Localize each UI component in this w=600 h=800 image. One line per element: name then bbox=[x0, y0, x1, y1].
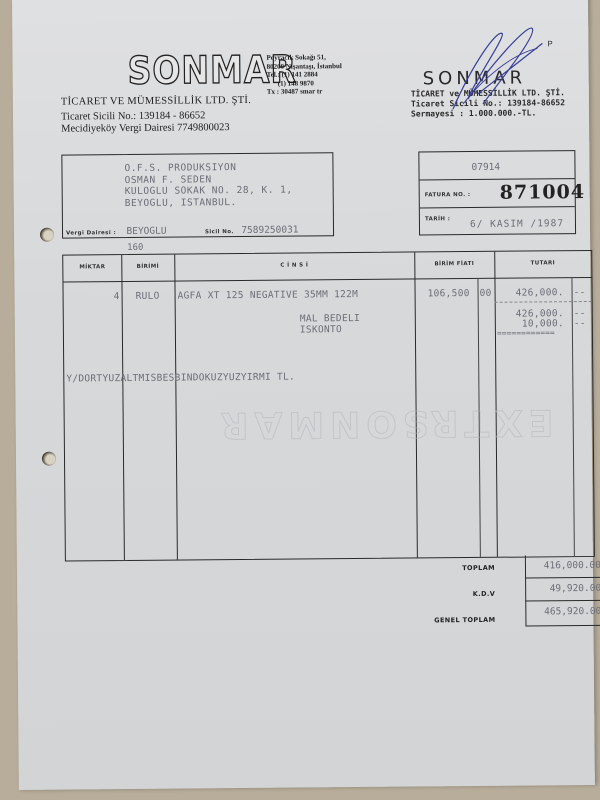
invoice-ref: 07914 bbox=[471, 162, 500, 173]
company-name: TİCARET VE MÜMESSİLLİK LTD. ŞTİ. bbox=[61, 95, 251, 108]
invoice-number-label: FATURA NO. : bbox=[425, 192, 471, 198]
date-label: TARİH : bbox=[425, 216, 450, 222]
vat-value: 49,920.00 bbox=[550, 583, 600, 594]
col-unit: BİRİMİ bbox=[121, 264, 174, 270]
vat-label: K.D.V bbox=[375, 590, 495, 599]
row-unit-price: 106,500 bbox=[428, 288, 470, 299]
customer-note: 160 bbox=[127, 243, 143, 253]
tax-office-value: BEYOGLU bbox=[126, 226, 166, 237]
registry-value: 7589250031 bbox=[241, 225, 298, 236]
company-address: Poyracık Sokağı 51, 80200 Nişantaşı, İst… bbox=[266, 53, 342, 96]
double-rule: ============ bbox=[497, 328, 555, 338]
amount-in-words: Y/DORTYUZALTMISBESBINDOKUZYUZYIRMI TL. bbox=[66, 372, 295, 385]
row-qty: 4 bbox=[114, 291, 120, 302]
tax-office-label: Vergi Dairesi : bbox=[66, 230, 116, 236]
invoice-number: 871004 bbox=[500, 181, 586, 204]
watermark: EXTR bbox=[425, 401, 554, 443]
mark: P bbox=[547, 39, 552, 48]
row-amount: 426,000. bbox=[516, 287, 564, 298]
watermark: SONMAR bbox=[215, 402, 429, 445]
col-unit-price: BİRİM FİATI bbox=[414, 261, 494, 268]
punch-hole bbox=[40, 228, 54, 242]
invoice-box: 07914 FATURA NO. : 871004 TARİH : 6/ KAS… bbox=[418, 150, 576, 235]
invoice-date: 6/ KASIM /1987 bbox=[470, 218, 564, 230]
col-description: C İ N S İ bbox=[174, 261, 414, 269]
customer-box: O.F.S. PRODUKSIYON OSMAN F. SEDEN KULOGL… bbox=[61, 152, 334, 238]
grand-total-label: GENEL TOPLAM bbox=[375, 616, 495, 625]
registry-label: Sicil No. bbox=[205, 229, 234, 235]
total-value: 416,000.00 bbox=[544, 560, 600, 571]
invoice-paper: SONMAR Poyracık Sokağı 51, 80200 Nişanta… bbox=[12, 0, 595, 790]
col-amount: TUTARI bbox=[494, 260, 591, 267]
trade-registry: Ticaret Sicili No.: 139184 - 86652 bbox=[61, 110, 205, 122]
col-quantity: MİKTAR bbox=[63, 264, 121, 271]
signature-icon bbox=[442, 23, 553, 114]
grand-total-box: 465,920.00 bbox=[525, 601, 600, 627]
customer-address: O.F.S. PRODUKSIYON OSMAN F. SEDEN KULOGL… bbox=[124, 162, 292, 209]
total-box: 416,000.00 bbox=[525, 555, 600, 579]
row-unit: RULO bbox=[136, 291, 160, 302]
grand-total-value: 465,920.00 bbox=[544, 606, 600, 617]
total-label: TOPLAM bbox=[375, 564, 495, 573]
row-description: AGFA XT 125 NEGATIVE 35MM 122M bbox=[178, 289, 359, 302]
customer-tax-row: Vergi Dairesi : BEYOGLU Sicil No. 758925… bbox=[66, 220, 299, 240]
row-amount-cents: -- bbox=[574, 287, 586, 298]
table-header: MİKTAR BİRİMİ C İ N S İ BİRİM FİATI TUTA… bbox=[63, 251, 591, 283]
vat-box: 49,920.00 bbox=[525, 578, 600, 602]
row-unit-price-cents: 00 bbox=[480, 288, 492, 299]
items-table: MİKTAR BİRİMİ C İ N S İ BİRİM FİATI TUTA… bbox=[62, 250, 595, 562]
tax-office: Mecidiyeköy Vergi Dairesi 7749800023 bbox=[61, 122, 230, 134]
punch-hole bbox=[42, 452, 56, 466]
